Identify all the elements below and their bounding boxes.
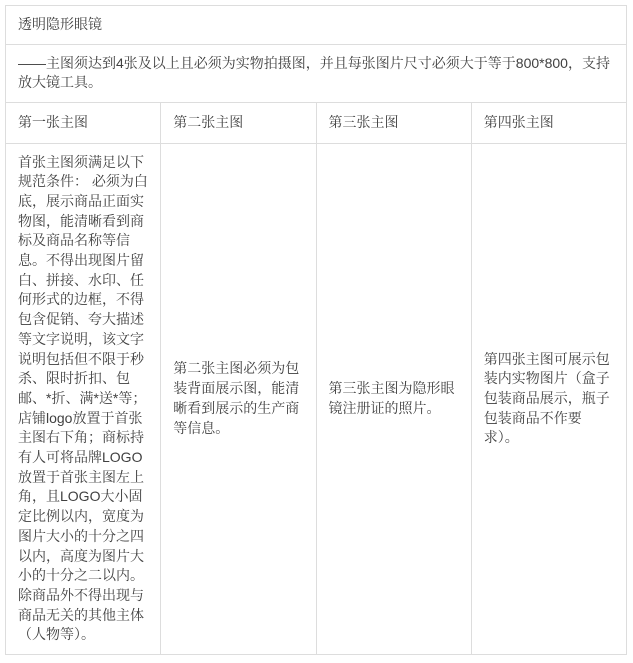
second-main-image-requirements: 第二张主图必须为包装背面展示图，能清晰看到展示的生产商等信息。 bbox=[161, 143, 316, 654]
table-header-row: 第一张主图 第二张主图 第三张主图 第四张主图 bbox=[6, 103, 627, 144]
fourth-main-image-requirements: 第四张主图可展示包装内实物图片（盒子包装商品展示，瓶子包装商品不作要求）。 bbox=[471, 143, 626, 654]
main-image-requirements-table: 透明隐形眼镜 ——主图须达到4张及以上且必须为实物拍摄图，并且每张图片尺寸必须大… bbox=[5, 5, 627, 655]
column-header-third-main-image: 第三张主图 bbox=[316, 103, 471, 144]
category-title: 透明隐形眼镜 bbox=[6, 6, 627, 45]
table-content-row: 首张主图须满足以下规范条件： 必须为白底，展示商品正面实物图，能清晰看到商标及商… bbox=[6, 143, 627, 654]
table-row: 透明隐形眼镜 bbox=[6, 6, 627, 45]
first-main-image-requirements: 首张主图须满足以下规范条件： 必须为白底，展示商品正面实物图，能清晰看到商标及商… bbox=[6, 143, 161, 654]
table-row: ——主图须达到4张及以上且必须为实物拍摄图，并且每张图片尺寸必须大于等于800*… bbox=[6, 44, 627, 102]
column-header-second-main-image: 第二张主图 bbox=[161, 103, 316, 144]
column-header-fourth-main-image: 第四张主图 bbox=[471, 103, 626, 144]
document-page: 透明隐形眼镜 ——主图须达到4张及以上且必须为实物拍摄图，并且每张图片尺寸必须大… bbox=[0, 0, 633, 660]
main-image-rule-note: ——主图须达到4张及以上且必须为实物拍摄图，并且每张图片尺寸必须大于等于800*… bbox=[6, 44, 627, 102]
column-header-first-main-image: 第一张主图 bbox=[6, 103, 161, 144]
third-main-image-requirements: 第三张主图为隐形眼镜注册证的照片。 bbox=[316, 143, 471, 654]
